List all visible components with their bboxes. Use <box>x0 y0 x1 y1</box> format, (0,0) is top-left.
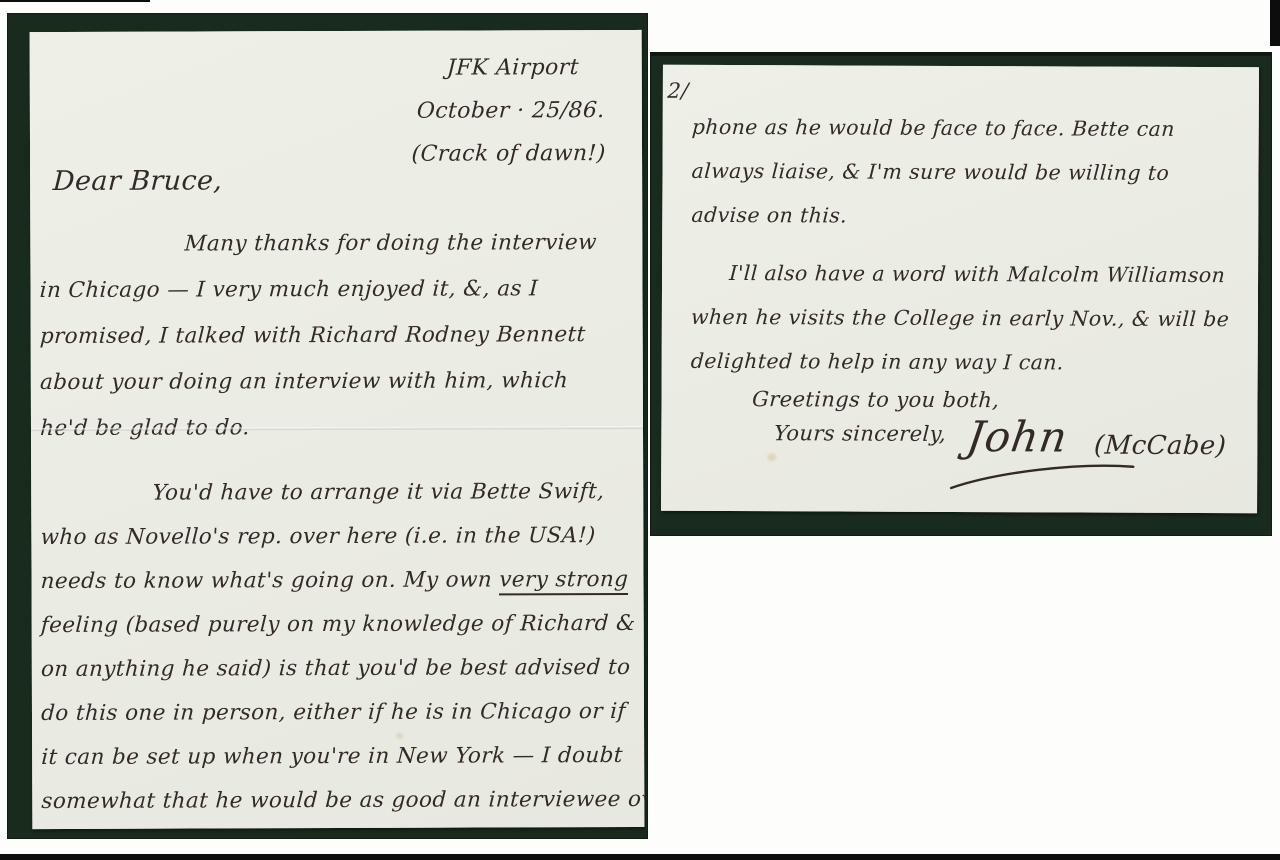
page-number: 2/ <box>667 79 690 103</box>
body-line: who as Novello's rep. over here (i.e. in… <box>39 514 641 560</box>
underlined-phrase: very strong <box>499 567 629 595</box>
body-line: it can be set up when you're in New York… <box>40 734 642 780</box>
signature-row: Yours sincerely, John (McCabe) <box>773 421 1226 462</box>
valediction: Yours sincerely, <box>773 421 947 446</box>
body-line: feeling (based purely on my knowledge of… <box>40 602 642 648</box>
scan-edge-bottom <box>0 854 1280 860</box>
paragraph-2: You'd have to arrange it via Bette Swift… <box>39 470 640 824</box>
salutation: Dear Bruce, <box>52 165 223 197</box>
body-line: always liaise, & I'm sure would be willi… <box>690 149 1252 195</box>
letter-page-2: 2/ phone as he would be face to face. Be… <box>661 65 1259 514</box>
body-line: in Chicago — I very much enjoyed it, &, … <box>39 266 641 314</box>
scan-edge-top-right <box>1270 0 1280 46</box>
body-line: Many thanks for doing the interview <box>38 220 640 268</box>
paragraph-1: phone as he would be face to face. Bette… <box>690 105 1251 239</box>
heading-line-location: JFK Airport <box>384 46 641 90</box>
body-line: when he visits the College in early Nov.… <box>690 295 1252 341</box>
heading-line-note: (Crack of dawn!) <box>380 132 637 176</box>
signature-suffix: (McCabe) <box>1094 431 1228 462</box>
body-line: somewhat that he would be as good an int… <box>40 778 642 824</box>
body-line: promised, I talked with Richard Rodney B… <box>39 312 641 360</box>
heading-line-date: October · 25/86. <box>382 89 639 133</box>
body-line: about your doing an interview with him, … <box>39 358 641 406</box>
body-line: You'd have to arrange it via Bette Swift… <box>39 470 641 516</box>
body-line: on anything he said) is that you'd be be… <box>40 646 642 692</box>
body-line-with-underline: needs to know what's going on. My own ve… <box>40 558 642 604</box>
signature-flourish <box>947 458 1137 493</box>
body-line: delighted to help in any way I can. <box>690 339 1252 385</box>
body-line-text: needs to know what's going on. My own <box>40 567 500 594</box>
photo-page-2: 2/ phone as he would be face to face. Be… <box>650 52 1272 536</box>
body-line: advise on this. <box>690 193 1252 239</box>
scan-edge-top-left <box>0 0 150 2</box>
paragraph-2: I'll also have a word with Malcolm Willi… <box>690 251 1251 385</box>
paragraph-1: Many thanks for doing the interview in C… <box>38 220 639 452</box>
photo-page-1: JFK Airport October · 25/86. (Crack of d… <box>7 13 648 839</box>
body-line: do this one in person, either if he is i… <box>40 690 642 736</box>
letter-page-1: JFK Airport October · 25/86. (Crack of d… <box>30 30 645 829</box>
scanned-letter: JFK Airport October · 25/86. (Crack of d… <box>0 0 1280 860</box>
closing-line: Greetings to you both, <box>751 387 1000 412</box>
body-line: phone as he would be face to face. Bette… <box>691 105 1253 151</box>
foxing-spot <box>722 175 727 180</box>
signature: John <box>964 412 1071 461</box>
letter-heading: JFK Airport October · 25/86. (Crack of d… <box>380 46 641 176</box>
foxing-spot <box>767 453 776 461</box>
foxing-spot <box>396 733 403 739</box>
body-line: I'll also have a word with Malcolm Willi… <box>690 251 1252 297</box>
